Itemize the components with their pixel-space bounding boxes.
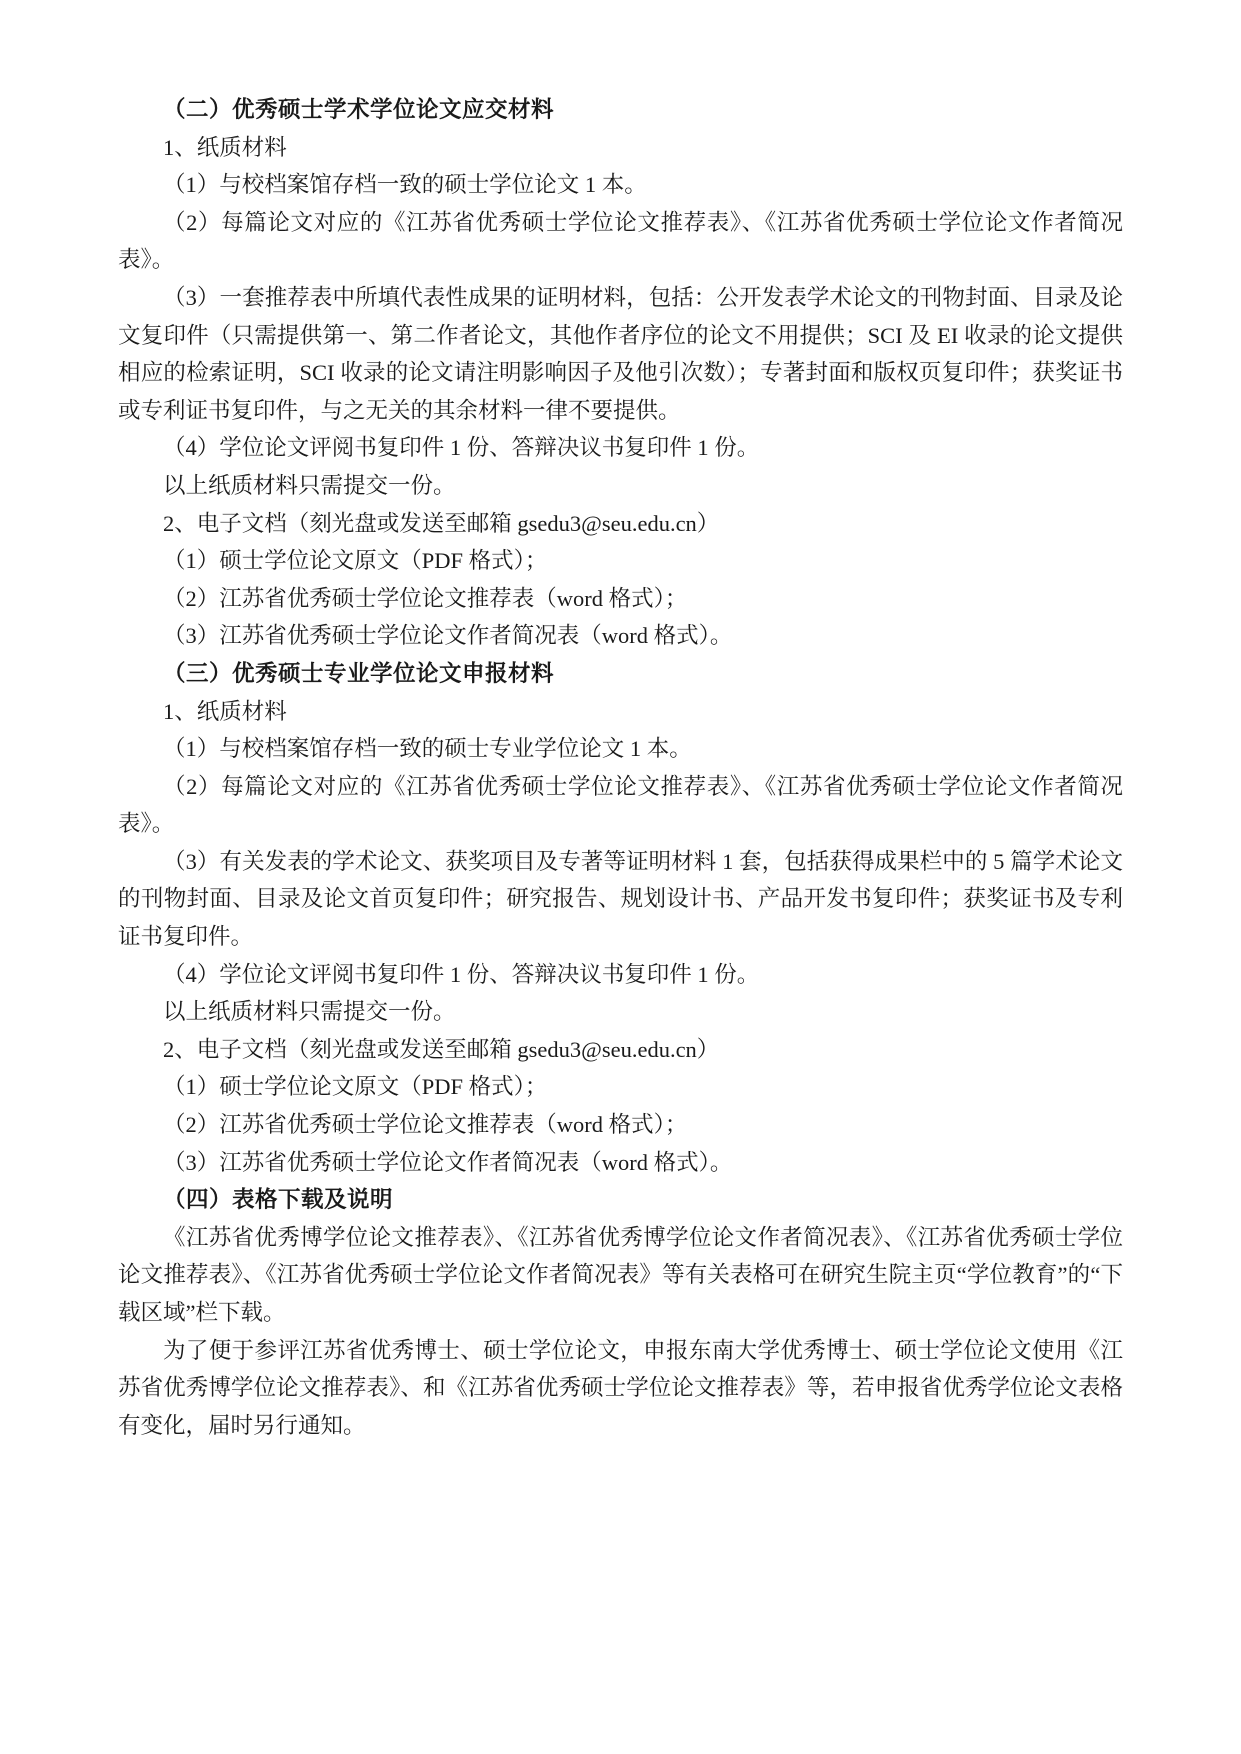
paragraph: （2）江苏省优秀硕士学位论文推荐表（word 格式）；: [118, 580, 1123, 618]
section-form-download-notes: （四）表格下载及说明 《江苏省优秀博学位论文推荐表》、《江苏省优秀博学位论文作者…: [118, 1181, 1123, 1444]
section-body: 《江苏省优秀博学位论文推荐表》、《江苏省优秀博学位论文作者简况表》、《江苏省优秀…: [118, 1219, 1123, 1445]
paragraph: （2）江苏省优秀硕士学位论文推荐表（word 格式）；: [118, 1106, 1123, 1144]
paragraph: 2、电子文档（刻光盘或发送至邮箱 gsedu3@seu.edu.cn）: [118, 1031, 1123, 1069]
paragraph: （3）有关发表的学术论文、获奖项目及专著等证明材料 1 套，包括获得成果栏中的 …: [118, 843, 1123, 956]
paragraph: （3）江苏省优秀硕士学位论文作者简况表（word 格式）。: [118, 617, 1123, 655]
section-body: 1、纸质材料（1）与校档案馆存档一致的硕士学位论文 1 本。（2）每篇论文对应的…: [118, 129, 1123, 655]
section-body: 1、纸质材料（1）与校档案馆存档一致的硕士专业学位论文 1 本。（2）每篇论文对…: [118, 693, 1123, 1182]
paragraph: 以上纸质材料只需提交一份。: [118, 993, 1123, 1031]
paragraph: （3）江苏省优秀硕士学位论文作者简况表（word 格式）。: [118, 1144, 1123, 1182]
paragraph: （2）每篇论文对应的《江苏省优秀硕士学位论文推荐表》、《江苏省优秀硕士学位论文作…: [118, 204, 1123, 279]
paragraph: 2、电子文档（刻光盘或发送至邮箱 gsedu3@seu.edu.cn）: [118, 505, 1123, 543]
section-heading: （三）优秀硕士专业学位论文申报材料: [118, 655, 1123, 693]
paragraph: （4）学位论文评阅书复印件 1 份、答辩决议书复印件 1 份。: [118, 956, 1123, 994]
paragraph: （1）与校档案馆存档一致的硕士学位论文 1 本。: [118, 166, 1123, 204]
paragraph: （1）与校档案馆存档一致的硕士专业学位论文 1 本。: [118, 730, 1123, 768]
paragraph: 1、纸质材料: [118, 129, 1123, 167]
paragraph: 以上纸质材料只需提交一份。: [118, 467, 1123, 505]
paragraph: （4）学位论文评阅书复印件 1 份、答辩决议书复印件 1 份。: [118, 429, 1123, 467]
paragraph: 《江苏省优秀博学位论文推荐表》、《江苏省优秀博学位论文作者简况表》、《江苏省优秀…: [118, 1219, 1123, 1332]
paragraph: 1、纸质材料: [118, 693, 1123, 731]
section-excellent-master-academic: （二）优秀硕士学术学位论文应交材料 1、纸质材料（1）与校档案馆存档一致的硕士学…: [118, 91, 1123, 655]
paragraph: （1）硕士学位论文原文（PDF 格式）；: [118, 1068, 1123, 1106]
paragraph: 为了便于参评江苏省优秀博士、硕士学位论文，申报东南大学优秀博士、硕士学位论文使用…: [118, 1332, 1123, 1445]
document-page: （二）优秀硕士学术学位论文应交材料 1、纸质材料（1）与校档案馆存档一致的硕士学…: [0, 0, 1241, 1754]
paragraph: （2）每篇论文对应的《江苏省优秀硕士学位论文推荐表》、《江苏省优秀硕士学位论文作…: [118, 768, 1123, 843]
section-heading: （二）优秀硕士学术学位论文应交材料: [118, 91, 1123, 129]
section-excellent-master-professional: （三）优秀硕士专业学位论文申报材料 1、纸质材料（1）与校档案馆存档一致的硕士专…: [118, 655, 1123, 1181]
section-heading: （四）表格下载及说明: [118, 1181, 1123, 1219]
paragraph: （1）硕士学位论文原文（PDF 格式）；: [118, 542, 1123, 580]
paragraph: （3）一套推荐表中所填代表性成果的证明材料，包括：公开发表学术论文的刊物封面、目…: [118, 279, 1123, 429]
